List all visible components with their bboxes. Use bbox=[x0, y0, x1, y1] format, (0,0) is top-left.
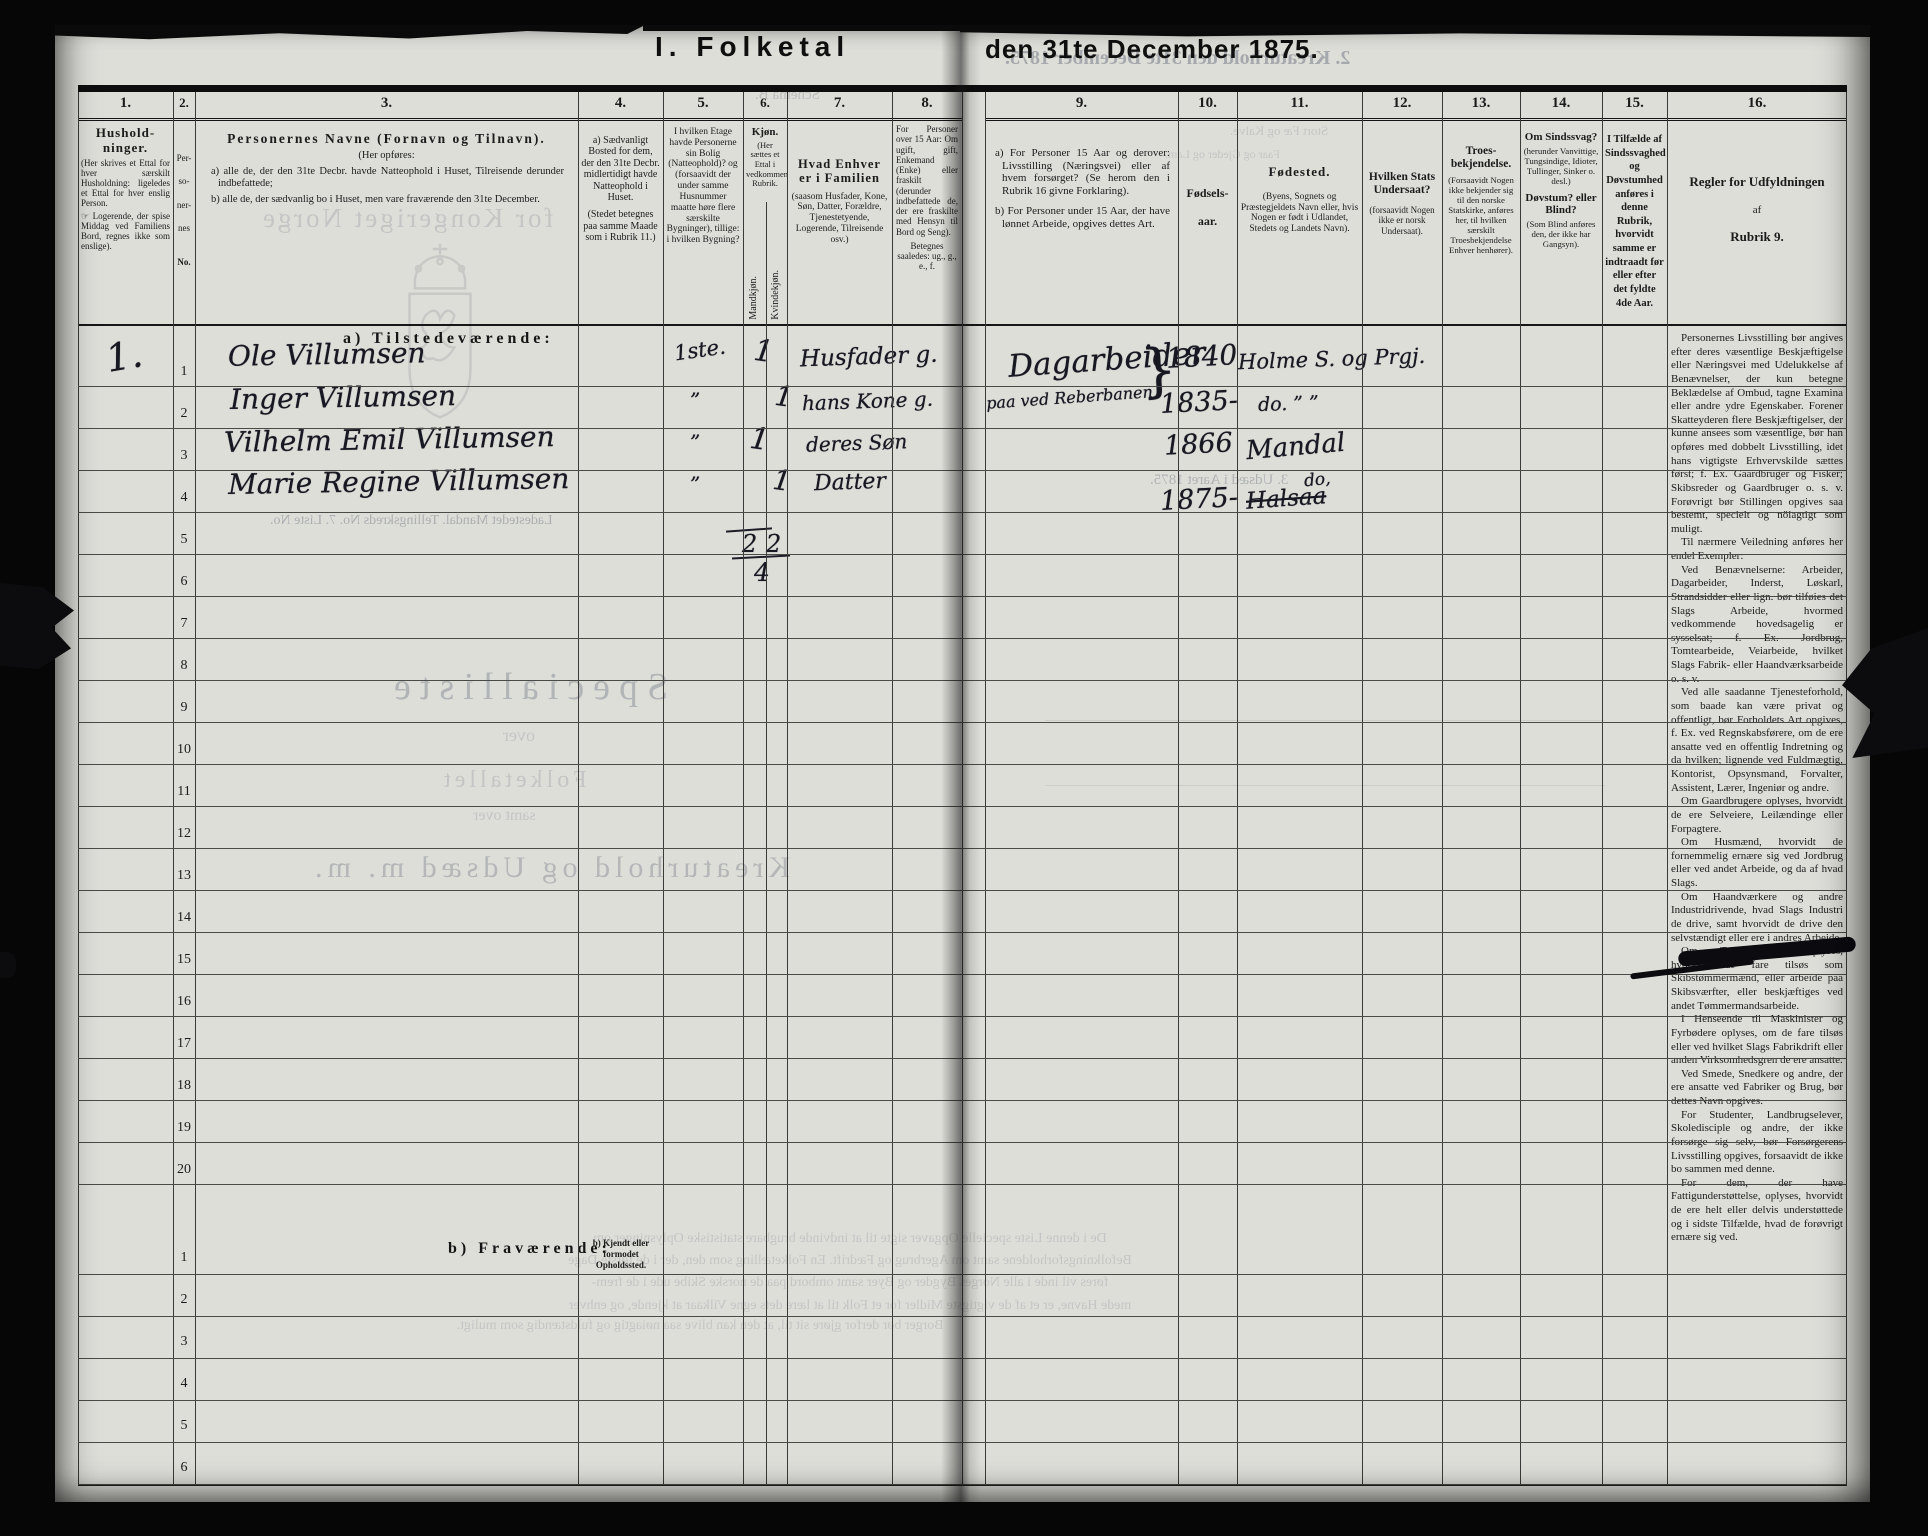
handwritten-name: Ole Villumsen bbox=[228, 336, 426, 372]
column-line bbox=[1237, 92, 1238, 1484]
handwritten-birth-year: 1835- bbox=[1159, 385, 1238, 420]
handwritten-household-number: 1. bbox=[102, 331, 145, 381]
column-number: 3. bbox=[195, 92, 578, 121]
rule-paragraph: Til nærmere Veiledning anføres her endel… bbox=[1671, 536, 1843, 563]
row-number: 3 bbox=[173, 448, 195, 464]
rule-paragraph: Personernes Livsstilling bør angives eft… bbox=[1671, 332, 1843, 536]
handwritten-sex-mark: 1 bbox=[773, 379, 795, 414]
column-line bbox=[1846, 92, 1847, 1484]
row-number: 13 bbox=[173, 868, 195, 884]
column-header-15: 15. I Tilfælde af Sindssvaghed og Døvstu… bbox=[1602, 92, 1667, 324]
handwritten-family-role: Datter bbox=[814, 469, 887, 496]
handwritten-ditto: ” bbox=[690, 430, 700, 454]
column-header-1: 1. Hushold-ninger. (Her skrives et Ettal… bbox=[78, 92, 173, 324]
column-number: 2. bbox=[173, 92, 195, 121]
column-header-3: 3. Personernes Navne (Fornavn og Tilnavn… bbox=[195, 92, 578, 324]
column-line bbox=[578, 92, 579, 1484]
row-line bbox=[78, 974, 1847, 975]
column-header-11: 11. Fødested. (Byens, Sognets og Præsteg… bbox=[1237, 92, 1362, 324]
row-number: 2 bbox=[173, 406, 195, 422]
column-header-5: 5. I hvilken Etage havde Personerne sin … bbox=[663, 92, 743, 324]
row-number: 17 bbox=[173, 1036, 195, 1052]
column-number: 11. bbox=[1237, 92, 1362, 121]
row-number: 12 bbox=[173, 826, 195, 842]
row-number: 11 bbox=[173, 784, 195, 800]
column-line bbox=[78, 92, 79, 1484]
row-line bbox=[78, 1100, 1847, 1101]
torn-edge-top-left bbox=[55, 25, 645, 40]
rule-paragraph: Ved Benævnelserne: Arbeider, Dagarbeider… bbox=[1671, 564, 1843, 687]
column-line bbox=[1667, 92, 1668, 1484]
column-line bbox=[195, 92, 196, 1484]
census-table: 1. Hushold-ninger. (Her skrives et Ettal… bbox=[78, 85, 1847, 1486]
column-number: 12. bbox=[1362, 92, 1442, 121]
row-line bbox=[78, 848, 1847, 849]
row-number: 8 bbox=[173, 658, 195, 674]
row-number: 10 bbox=[173, 742, 195, 758]
rules-for-rubrik-9: Personernes Livsstilling bør angives eft… bbox=[1671, 332, 1843, 1472]
column-number: 4. bbox=[578, 92, 663, 121]
column-header-8: 8. For Personer over 15 Aar: Om ugift, g… bbox=[892, 92, 962, 324]
column-header-10: 10. Fødsels- aar. bbox=[1178, 92, 1237, 324]
column-number: 16. bbox=[1667, 92, 1847, 121]
row-number: 15 bbox=[173, 952, 195, 968]
handwritten-family-role: hans Kone g. bbox=[802, 387, 934, 416]
row-line bbox=[78, 512, 1847, 513]
column-number: 8. bbox=[892, 92, 962, 121]
column-header-12: 12. Hvilken Stats Undersaat? (forsaavidt… bbox=[1362, 92, 1442, 324]
column-number: 5. bbox=[663, 92, 743, 121]
column-line bbox=[892, 92, 893, 1484]
handwritten-birthplace: do. ” ” bbox=[1258, 392, 1320, 416]
row-line bbox=[78, 680, 1847, 681]
handwritten-floor: 1ste. bbox=[673, 335, 728, 366]
row-line bbox=[78, 554, 1847, 555]
handwritten-sex-mark: 1 bbox=[752, 333, 776, 370]
rule-paragraph: For dem, der have Fattigunderstøttelse, … bbox=[1671, 1177, 1843, 1245]
page-title: I. Folketal bbox=[655, 31, 850, 63]
rule-paragraph: Om Husmænd, hvorvidt de fornemmelig ernæ… bbox=[1671, 836, 1843, 891]
row-number: 18 bbox=[173, 1078, 195, 1094]
column-line bbox=[787, 92, 788, 1484]
page-title-date: den 31te December 1875. bbox=[985, 34, 1319, 65]
row-number: 5 bbox=[173, 1418, 195, 1434]
row-line bbox=[78, 1058, 1847, 1059]
mandkjon-subheader: Mandkjøn. bbox=[748, 276, 759, 320]
handwritten-name: Marie Regine Villumsen bbox=[228, 462, 570, 501]
column-line bbox=[985, 92, 986, 1484]
scanned-census-page: { "page": { "title_part1": "I. Folketal"… bbox=[0, 0, 1928, 1536]
row-line bbox=[78, 428, 1847, 429]
torn-edge-top-center bbox=[643, 25, 963, 31]
row-line bbox=[78, 1358, 1847, 1359]
handwritten-sex-mark: 1 bbox=[748, 421, 772, 458]
column-header-6: 6. Kjøn. (Her sættes et Ettal i vedkomme… bbox=[743, 92, 787, 324]
column-number: 13. bbox=[1442, 92, 1520, 121]
column-number: 7. bbox=[787, 92, 892, 121]
row-line bbox=[78, 386, 1847, 387]
handwritten-family-role: Husfader g. bbox=[800, 342, 938, 373]
handwritten-name: Vilhelm Emil Villumsen bbox=[224, 420, 555, 459]
column-header-4: 4. a) Sædvanligt Bosted for dem, der den… bbox=[578, 92, 663, 324]
row-number: 4 bbox=[173, 490, 195, 506]
column-line bbox=[1442, 92, 1443, 1484]
handwritten-birth-year: 1840 bbox=[1165, 338, 1238, 375]
row-number: 1 bbox=[173, 364, 195, 380]
column-number: 14. bbox=[1520, 92, 1602, 121]
row-line bbox=[78, 638, 1847, 639]
handwritten-birthplace: Mandal bbox=[1245, 428, 1347, 467]
rule-paragraph: Om Gaardbrugere oplyses, hvorvidt de ere… bbox=[1671, 795, 1843, 836]
row-line bbox=[78, 1274, 1847, 1275]
row-number: 9 bbox=[173, 700, 195, 716]
rule-paragraph: I Henseende til Maskinister og Fyrbødere… bbox=[1671, 1013, 1843, 1068]
row-line bbox=[78, 1142, 1847, 1143]
column-header-14: 14. Om Sindssvag? (herunder Vanvittige, … bbox=[1520, 92, 1602, 324]
handwritten-sum-total: 4 bbox=[754, 558, 770, 587]
section-b-note: b) Kjendt eller formodet Opholdssted. bbox=[580, 1238, 662, 1270]
handwritten-birthplace-correction: do, bbox=[1303, 469, 1331, 492]
column-number: 9. bbox=[985, 92, 1178, 121]
binder-clip-left-nub bbox=[0, 952, 16, 978]
row-line bbox=[78, 1442, 1847, 1443]
kvindekjon-subheader: Kvindekjøn. bbox=[770, 270, 781, 320]
row-number: 2 bbox=[173, 1292, 195, 1308]
column-line bbox=[962, 92, 963, 1484]
paper-sheet: 2. Kreaturhold den 31te December 1875. S… bbox=[55, 25, 1870, 1502]
row-line bbox=[78, 470, 1847, 471]
column-header-2: 2. Per- so- ner- nes No. bbox=[173, 92, 195, 324]
row-number: 19 bbox=[173, 1120, 195, 1136]
column-line bbox=[1520, 92, 1521, 1484]
gender-divider-line bbox=[766, 202, 767, 1484]
column-number: 1. bbox=[78, 92, 173, 121]
column-number: 6. bbox=[743, 92, 787, 121]
row-number: 16 bbox=[173, 994, 195, 1010]
row-line bbox=[78, 1484, 1847, 1485]
row-number: 14 bbox=[173, 910, 195, 926]
row-number: 4 bbox=[173, 1376, 195, 1392]
column-header-16: 16. Regler for Udfyldningen af Rubrik 9. bbox=[1667, 92, 1847, 324]
row-line bbox=[78, 764, 1847, 765]
row-line bbox=[78, 596, 1847, 597]
rule-paragraph: Ved Smede, Snedkere og andre, der ere an… bbox=[1671, 1068, 1843, 1109]
handwritten-sex-mark: 1 bbox=[771, 463, 793, 498]
row-number: 6 bbox=[173, 574, 195, 590]
row-line bbox=[78, 806, 1847, 807]
row-line bbox=[78, 890, 1847, 891]
row-number: 5 bbox=[173, 532, 195, 548]
row-number: 7 bbox=[173, 616, 195, 632]
handwritten-ditto: ” bbox=[690, 388, 700, 412]
rule-paragraph: Ved alle saadanne Tjenesteforhold, som b… bbox=[1671, 686, 1843, 795]
row-number: 6 bbox=[173, 1460, 195, 1476]
row-line bbox=[78, 932, 1847, 933]
column-number: 15. bbox=[1602, 92, 1667, 121]
handwritten-birth-year: 1866 bbox=[1163, 427, 1233, 462]
row-line bbox=[78, 1184, 1847, 1185]
column-line bbox=[663, 92, 664, 1484]
column-line bbox=[1602, 92, 1603, 1484]
column-header-9: 9. a) For Personer 15 Aar og derover: Li… bbox=[985, 92, 1178, 324]
row-line bbox=[78, 1400, 1847, 1401]
column-header-7: 7. Hvad Enhver er i Familien (saasom Hus… bbox=[787, 92, 892, 324]
column-line bbox=[1362, 92, 1363, 1484]
row-number: 20 bbox=[173, 1162, 195, 1178]
row-number: 3 bbox=[173, 1334, 195, 1350]
handwritten-name: Inger Villumsen bbox=[230, 379, 457, 416]
row-line bbox=[78, 722, 1847, 723]
rule-paragraph: Om Haandværkere og andre Industridrivend… bbox=[1671, 891, 1843, 946]
column-number: 10. bbox=[1178, 92, 1237, 121]
row-number: 1 bbox=[173, 1250, 195, 1266]
row-line bbox=[78, 1016, 1847, 1017]
column-line bbox=[743, 92, 744, 1484]
handwritten-ditto: ” bbox=[690, 472, 700, 496]
column-header-13: 13. Troes- bekjendelse. (Forsaavidt Noge… bbox=[1442, 92, 1520, 324]
column-line bbox=[1178, 92, 1179, 1484]
handwritten-birthplace: Holme S. og Prgj. bbox=[1238, 344, 1426, 375]
row-line bbox=[78, 1316, 1847, 1317]
